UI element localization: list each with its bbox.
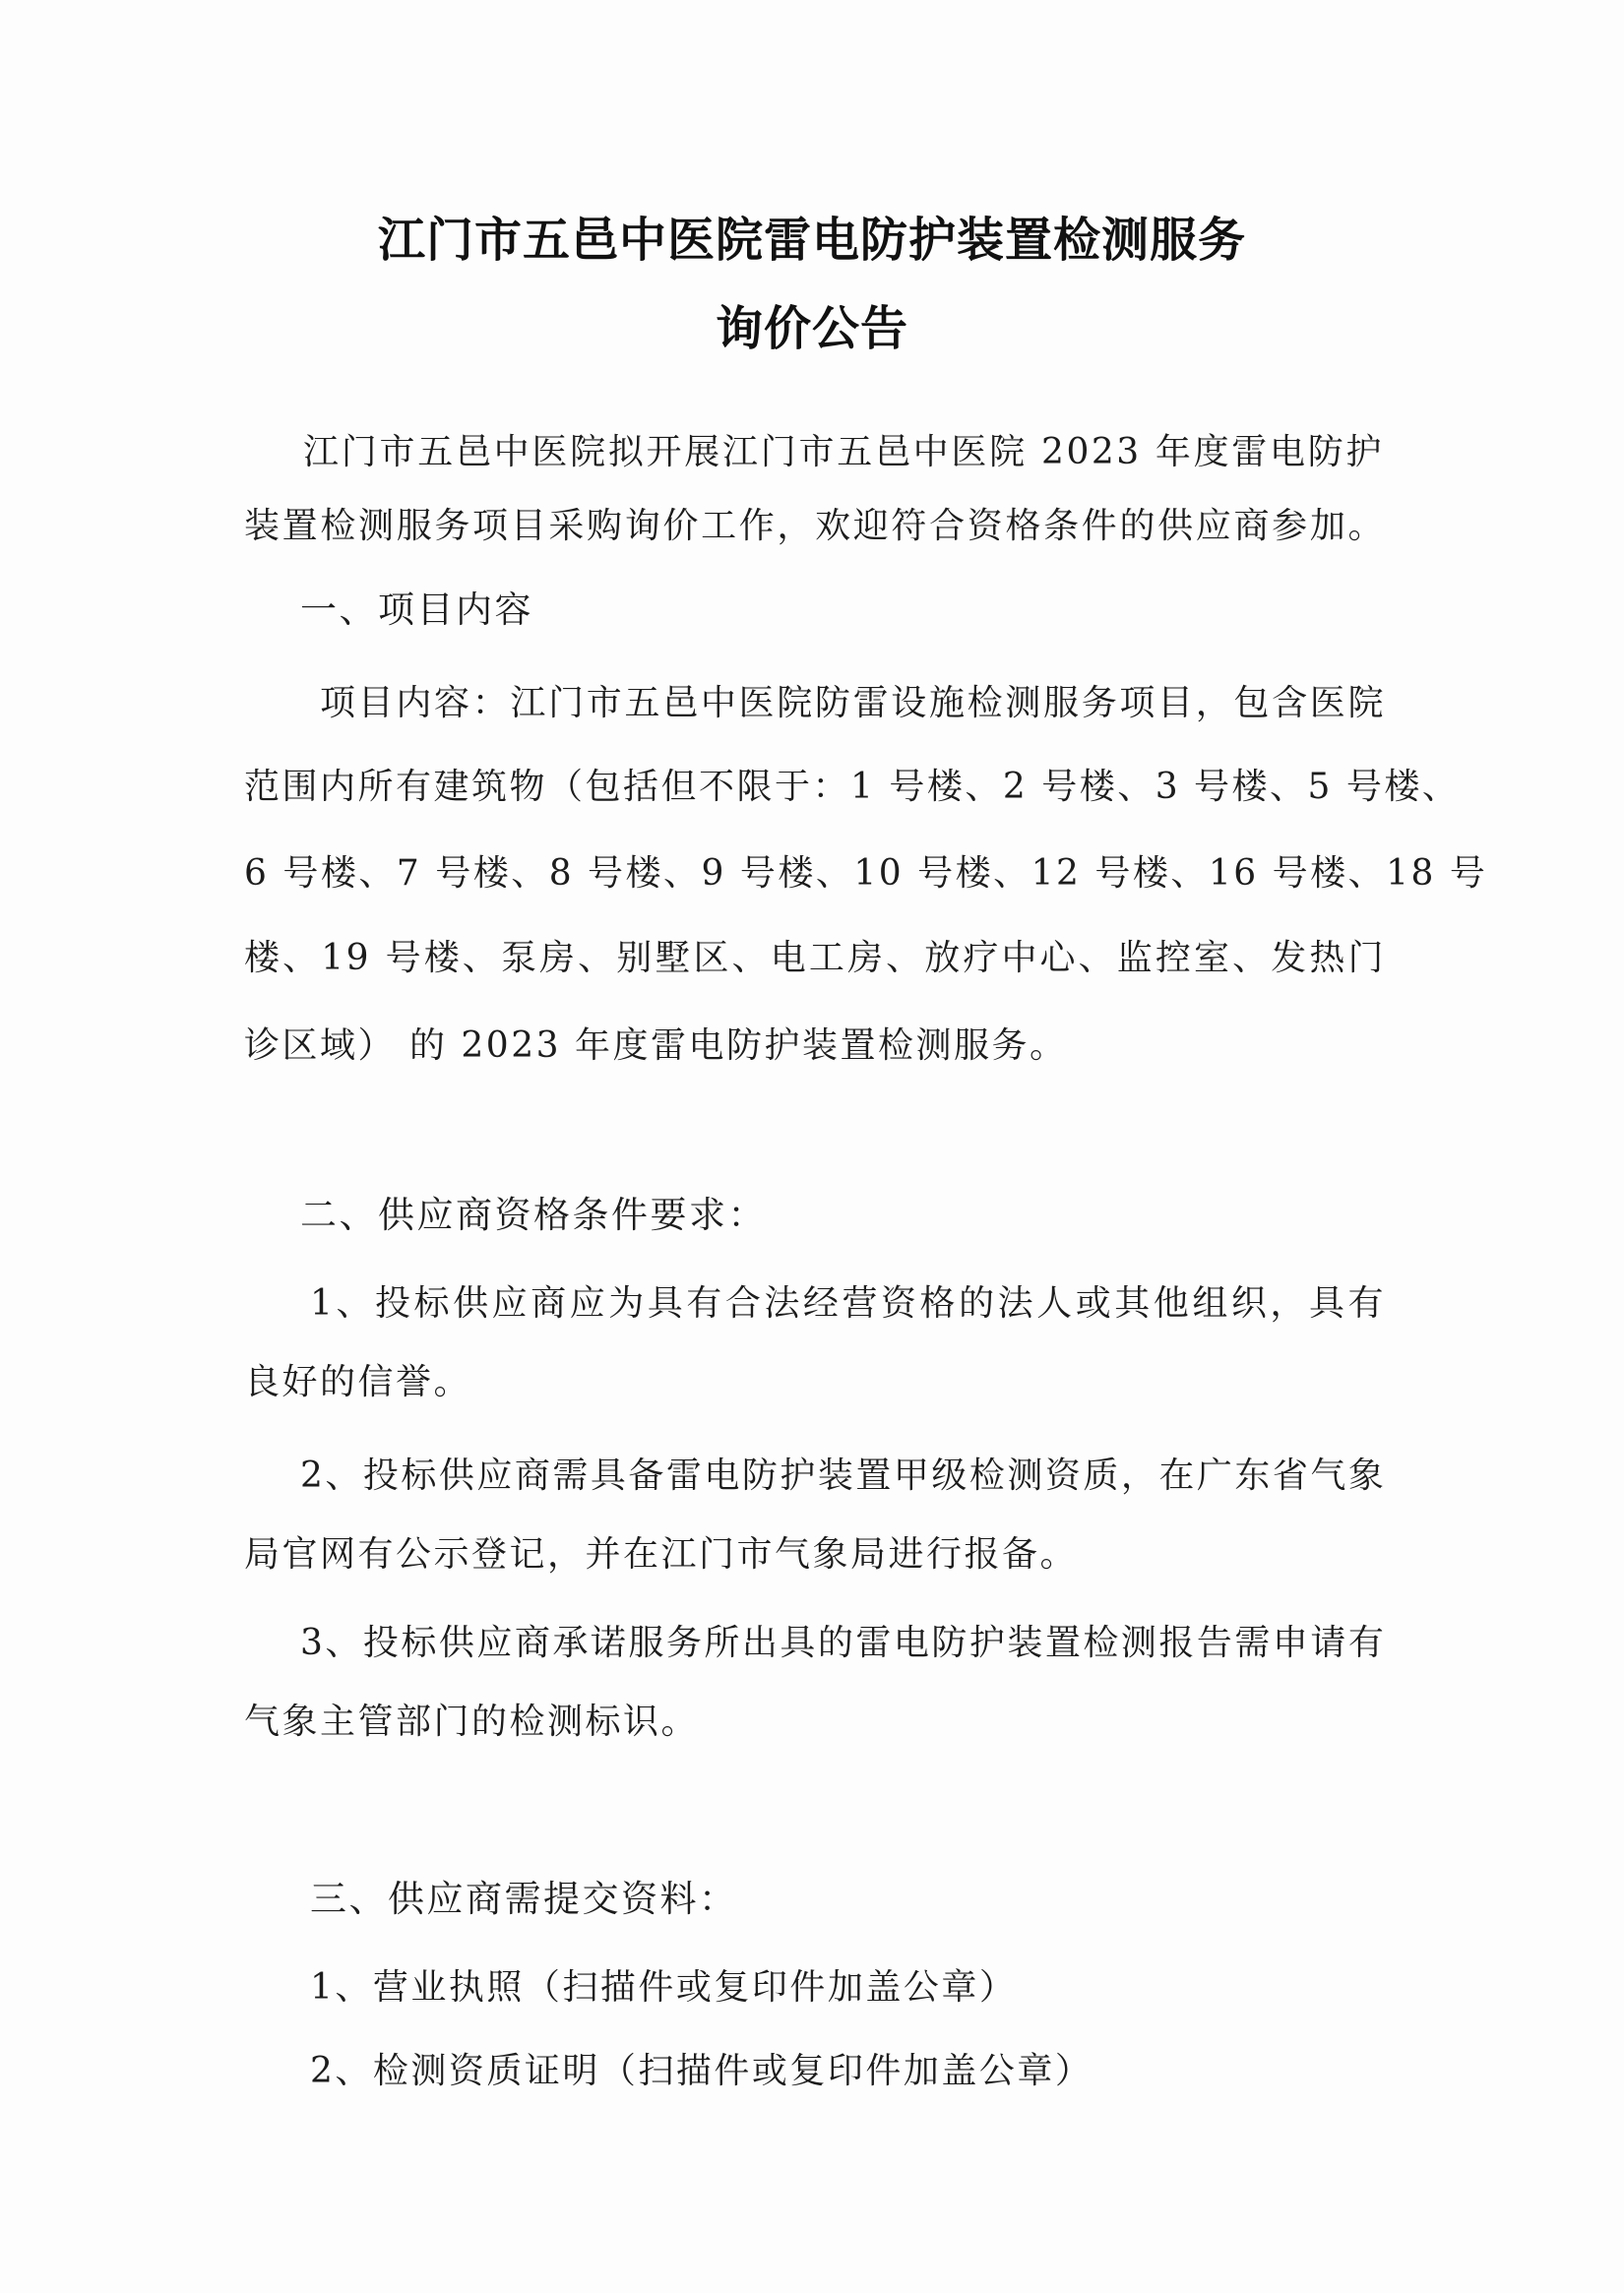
section1-heading: 一、项目内容 — [300, 589, 1442, 632]
intro-line-1: 江门市五邑中医院拟开展江门市五邑中医院 2023 年度雷电防护 — [303, 431, 1384, 474]
document-subtitle: 询价公告 — [0, 290, 1624, 358]
section3-heading: 三、供应商需提交资料： — [310, 1878, 1452, 1921]
section3-item: 2、检测资质证明（扫描件或复印件加盖公章） — [310, 2050, 1452, 2093]
section2-item-2-line-2: 局官网有公示登记，并在江门市气象局进行报备。 — [244, 1533, 1386, 1577]
section1-line: 诊区域） 的 2023 年度雷电防护装置检测服务。 — [244, 1024, 1386, 1068]
section1-line: 6 号楼、7 号楼、8 号楼、9 号楼、10 号楼、12 号楼、16 号楼、18… — [244, 852, 1386, 896]
section2-item-1-line-2: 良好的信誉。 — [244, 1361, 1386, 1404]
intro-line-2: 装置检测服务项目采购询价工作，欢迎符合资格条件的供应商参加。 — [244, 505, 1386, 548]
section1-line: 楼、19 号楼、泵房、别墅区、电工房、放疗中心、监控室、发热门 — [244, 937, 1386, 980]
section2-item-2-line-1: 2、投标供应商需具备雷电防护装置甲级检测资质，在广东省气象 — [300, 1455, 1386, 1498]
document-title: 江门市五邑中医院雷电防护装置检测服务 — [0, 202, 1624, 270]
scanned-page: 江门市五邑中医院雷电防护装置检测服务 询价公告 江门市五邑中医院拟开展江门市五邑… — [0, 0, 1624, 2293]
section1-line: 范围内所有建筑物（包括但不限于：1 号楼、2 号楼、3 号楼、5 号楼、 — [244, 766, 1386, 809]
section2-item-3-line-1: 3、投标供应商承诺服务所出具的雷电防护装置检测报告需申请有 — [300, 1622, 1386, 1665]
section2-heading: 二、供应商资格条件要求： — [300, 1194, 1442, 1237]
section2-item-1-line-1: 1、投标供应商应为具有合法经营资格的法人或其他组织，具有 — [310, 1282, 1386, 1326]
section3-item: 1、营业执照（扫描件或复印件加盖公章） — [310, 1966, 1452, 2010]
section1-line: 项目内容：江门市五邑中医院防雷设施检测服务项目，包含医院 — [320, 682, 1386, 725]
section2-item-3-line-2: 气象主管部门的检测标识。 — [244, 1701, 1386, 1744]
